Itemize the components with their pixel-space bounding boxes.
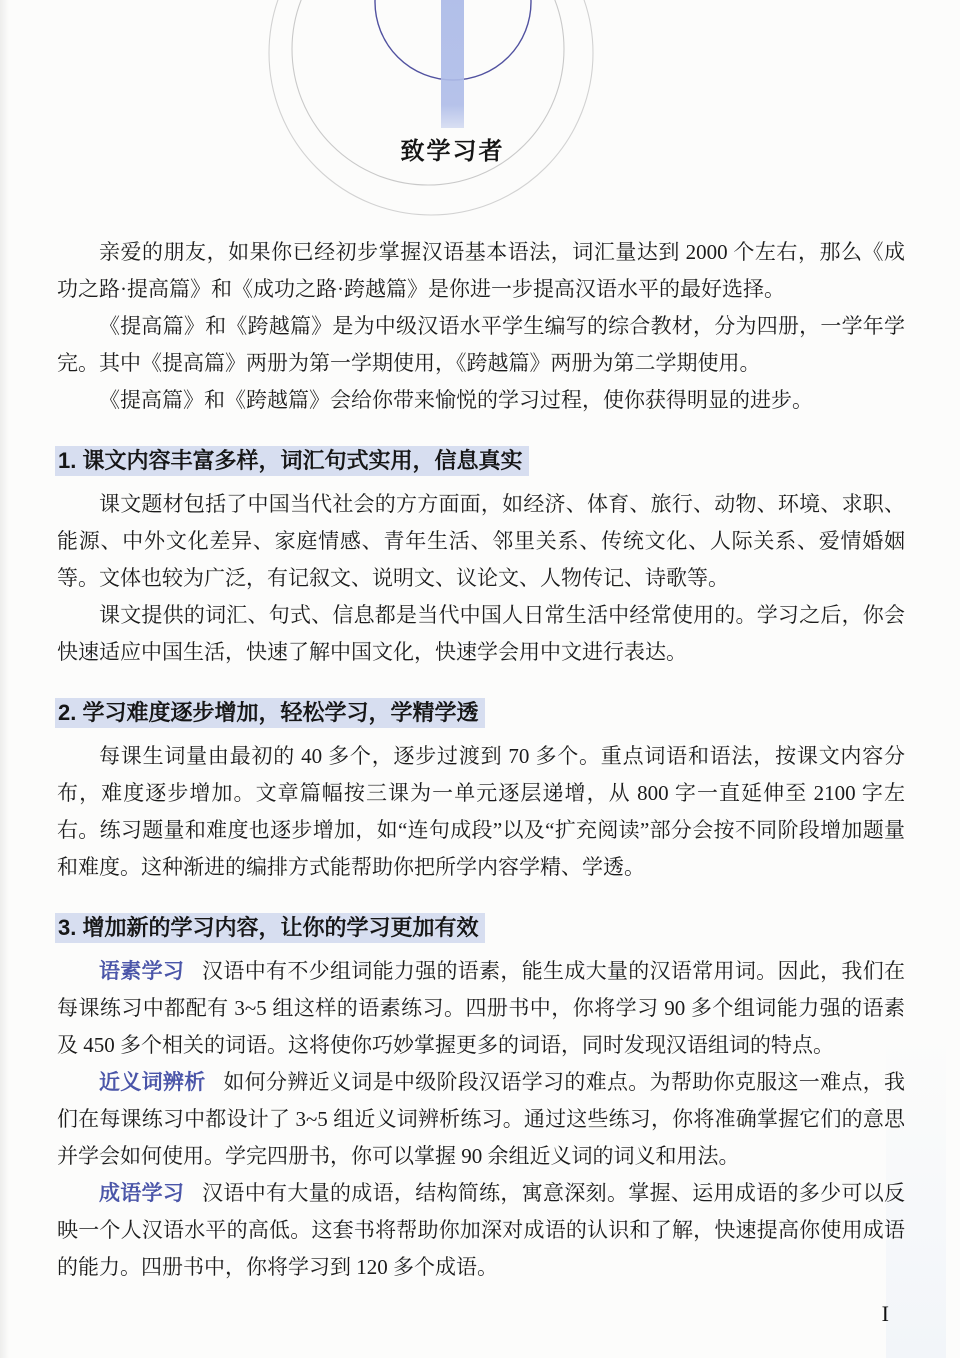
term-synonym-discrimination: 近义词辨析 bbox=[99, 1071, 206, 1094]
middle-circle bbox=[292, 0, 564, 185]
decorative-circles bbox=[0, 0, 960, 260]
section-1-paragraph-2: 课文提供的词汇、句式、信息都是当代中国人日常生活中经常使用的。学习之后，你会快速… bbox=[57, 597, 905, 671]
section-3-item-synonym-discrimination: 近义词辨析如何分辨近义词是中级阶段汉语学习的难点。为帮助你克服这一难点，我们在每… bbox=[57, 1064, 905, 1175]
book-page: 致学习者 亲爱的朋友，如果你已经初步掌握汉语基本语法，词汇量达到 2000 个左… bbox=[0, 0, 960, 1358]
intro-paragraph-2: 《提高篇》和《跨越篇》是为中级汉语水平学生编写的综合教材，分为四册，一学年学完。… bbox=[57, 308, 905, 382]
intro-paragraph-3: 《提高篇》和《跨越篇》会给你带来愉悦的学习过程，使你获得明显的进步。 bbox=[57, 382, 905, 419]
term-idiom-study: 成语学习 bbox=[99, 1182, 184, 1205]
header-decoration: 致学习者 bbox=[0, 0, 960, 260]
section-2-heading-text: 2. 学习难度逐步增加，轻松学习，学精学透 bbox=[55, 698, 485, 728]
outer-circle bbox=[269, 0, 593, 215]
term-morpheme-study: 语素学习 bbox=[99, 960, 184, 983]
section-1-heading-text: 1. 课文内容丰富多样，词汇句式实用，信息真实 bbox=[55, 446, 529, 476]
section-3-heading-text: 3. 增加新的学习内容，让你的学习更加有效 bbox=[55, 913, 485, 943]
page-edge-shadow bbox=[0, 0, 9, 1358]
accent-bar bbox=[441, 0, 464, 128]
section-3-item-idiom-study: 成语学习汉语中有大量的成语，结构简练，寓意深刻。掌握、运用成语的多少可以反映一个… bbox=[57, 1175, 905, 1286]
page-number: I bbox=[57, 1295, 905, 1332]
section-3-heading: 3. 增加新的学习内容，让你的学习更加有效 bbox=[55, 912, 905, 944]
term-idiom-study-text: 汉语中有大量的成语，结构简练，寓意深刻。掌握、运用成语的多少可以反映一个人汉语水… bbox=[57, 1181, 905, 1279]
page-content: 亲爱的朋友，如果你已经初步掌握汉语基本语法，词汇量达到 2000 个左右，那么《… bbox=[57, 234, 905, 1332]
section-1-heading: 1. 课文内容丰富多样，词汇句式实用，信息真实 bbox=[55, 445, 905, 477]
intro-paragraph-1: 亲爱的朋友，如果你已经初步掌握汉语基本语法，词汇量达到 2000 个左右，那么《… bbox=[57, 234, 905, 308]
section-1-paragraph-1: 课文题材包括了中国当代社会的方方面面，如经济、体育、旅行、动物、环境、求职、能源… bbox=[57, 486, 905, 597]
section-3-item-morpheme-study: 语素学习汉语中有不少组词能力强的语素，能生成大量的汉语常用词。因此，我们在每课练… bbox=[57, 953, 905, 1064]
page-title: 致学习者 bbox=[0, 131, 905, 166]
section-2-paragraph-1: 每课生词量由最初的 40 多个，逐步过渡到 70 多个。重点词语和语法，按课文内… bbox=[57, 738, 905, 886]
inner-blue-circle bbox=[375, 0, 531, 80]
section-2-heading: 2. 学习难度逐步增加，轻松学习，学精学透 bbox=[55, 697, 905, 729]
term-morpheme-study-text: 汉语中有不少组词能力强的语素，能生成大量的汉语常用词。因此，我们在每课练习中都配… bbox=[57, 959, 905, 1057]
